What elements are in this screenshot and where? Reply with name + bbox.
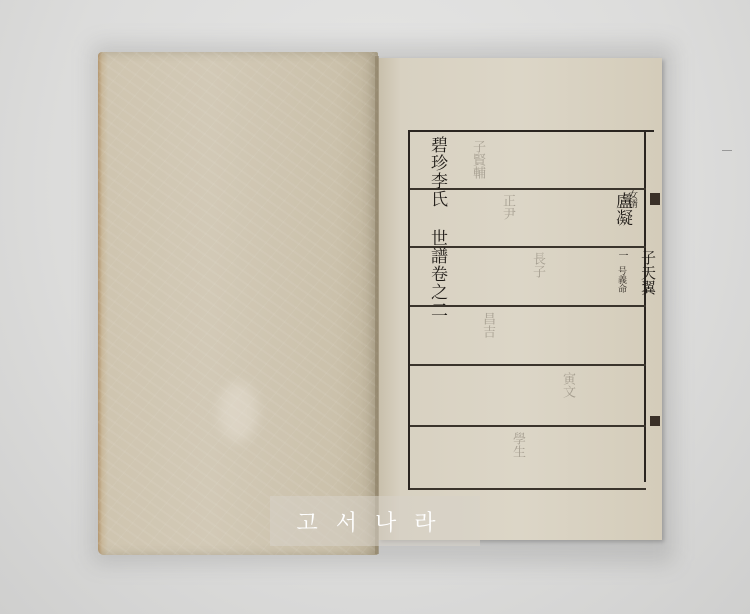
row-rule [410, 488, 646, 490]
frame-right-border [644, 132, 646, 482]
right-page-genealogy: 碧珍李氏 世譜卷之二 子賢輔 正尹 長子 昌吉 寅文 學生 女壻 盧凝 一 号義… [378, 58, 662, 540]
fishtail-mark-top [650, 193, 660, 205]
paper-fiber-texture [98, 52, 378, 555]
row-rule [410, 425, 646, 427]
faint-text: 寅文 [560, 372, 574, 398]
left-page-blank [98, 52, 378, 555]
entry-name-son: 子天翼 [638, 250, 659, 295]
row-rule [410, 364, 646, 366]
book-spine-gutter [375, 56, 379, 554]
entry-mark: 一 [614, 250, 628, 260]
background-mark [722, 150, 732, 151]
book-title-column: 碧珍李氏 世譜卷之二 [418, 136, 446, 319]
faint-text: 學生 [510, 432, 524, 458]
watermark-text: 고서나라 [296, 506, 453, 537]
faint-text: 長子 [530, 252, 544, 278]
faint-text: 子賢輔 [470, 140, 484, 179]
faint-text: 正尹 [500, 194, 514, 220]
faint-text: 昌吉 [480, 312, 494, 338]
genealogy-frame: 碧珍李氏 世譜卷之二 子賢輔 正尹 長子 昌吉 寅文 學生 女壻 盧凝 一 号義… [408, 130, 654, 490]
entry-name-main: 盧凝 [610, 192, 635, 226]
fishtail-mark-bottom [650, 416, 660, 426]
watermark: 고서나라 [270, 496, 480, 546]
son-note: 号義命 [616, 266, 626, 293]
paper-stain [218, 382, 258, 442]
